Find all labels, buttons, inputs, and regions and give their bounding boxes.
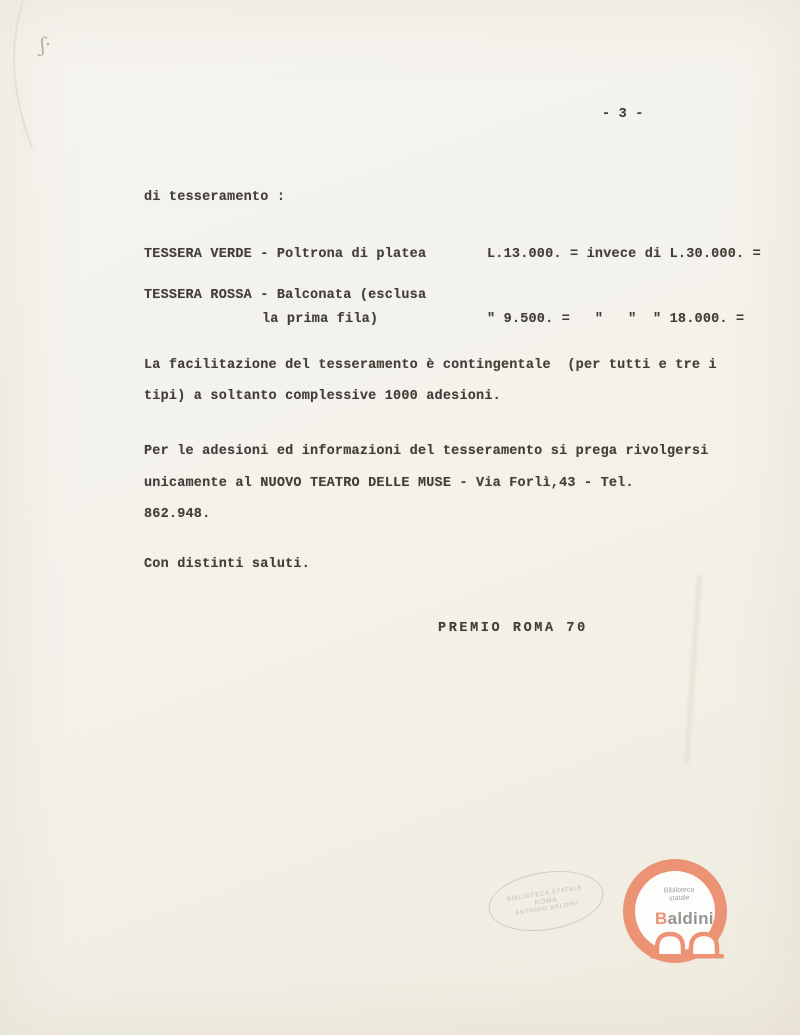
paragraph1-line1: La facilitazione del tesseramento è cont… — [144, 358, 717, 373]
logo-small-text: Biblioteca statale — [664, 886, 695, 903]
paper-crease — [0, 0, 70, 150]
paragraph2-line1: Per le adesioni ed informazioni del tess… — [144, 444, 709, 459]
logo-small-line2: statale — [664, 894, 695, 903]
page-number: - 3 - — [602, 107, 644, 122]
ticket-verde-price: L.13.000. = invece di L.30.000. = — [487, 247, 761, 262]
paragraph2-line3: 862.948. — [144, 507, 210, 522]
closing-line: Con distinti saluti. — [144, 557, 310, 572]
ticket-verde-label: TESSERA VERDE - Poltrona di platea — [144, 247, 426, 262]
paragraph1-line2: tipi) a soltanto complessive 1000 adesio… — [144, 389, 501, 404]
signature-line: PREMIO ROMA 70 — [438, 621, 588, 636]
logo-name: Baldini — [655, 909, 714, 929]
open-book-icon — [649, 929, 725, 961]
paragraph2-line2: unicamente al NUOVO TEATRO DELLE MUSE - … — [144, 476, 634, 491]
ticket-rossa-label2: la prima fila) — [262, 312, 378, 327]
scanned-letter-page: ʃ· - 3 - di tesseramento : TESSERA VERDE… — [0, 0, 800, 1035]
logo-name-rest: aldini — [668, 909, 714, 928]
baldini-library-logo: Biblioteca statale Baldini — [623, 859, 727, 963]
ticket-rossa-label: TESSERA ROSSA - Balconata (esclusa — [144, 288, 426, 303]
intro-line: di tesseramento : — [144, 190, 285, 205]
library-ink-stamp: BIBLIOTECA STATALE ROMA ANTONIO BALDINI — [484, 863, 608, 938]
ticket-rossa-price: " 9.500. = " " " 18.000. = — [487, 312, 744, 327]
logo-name-initial: B — [655, 909, 668, 928]
paper-fold-shadow — [681, 575, 704, 765]
